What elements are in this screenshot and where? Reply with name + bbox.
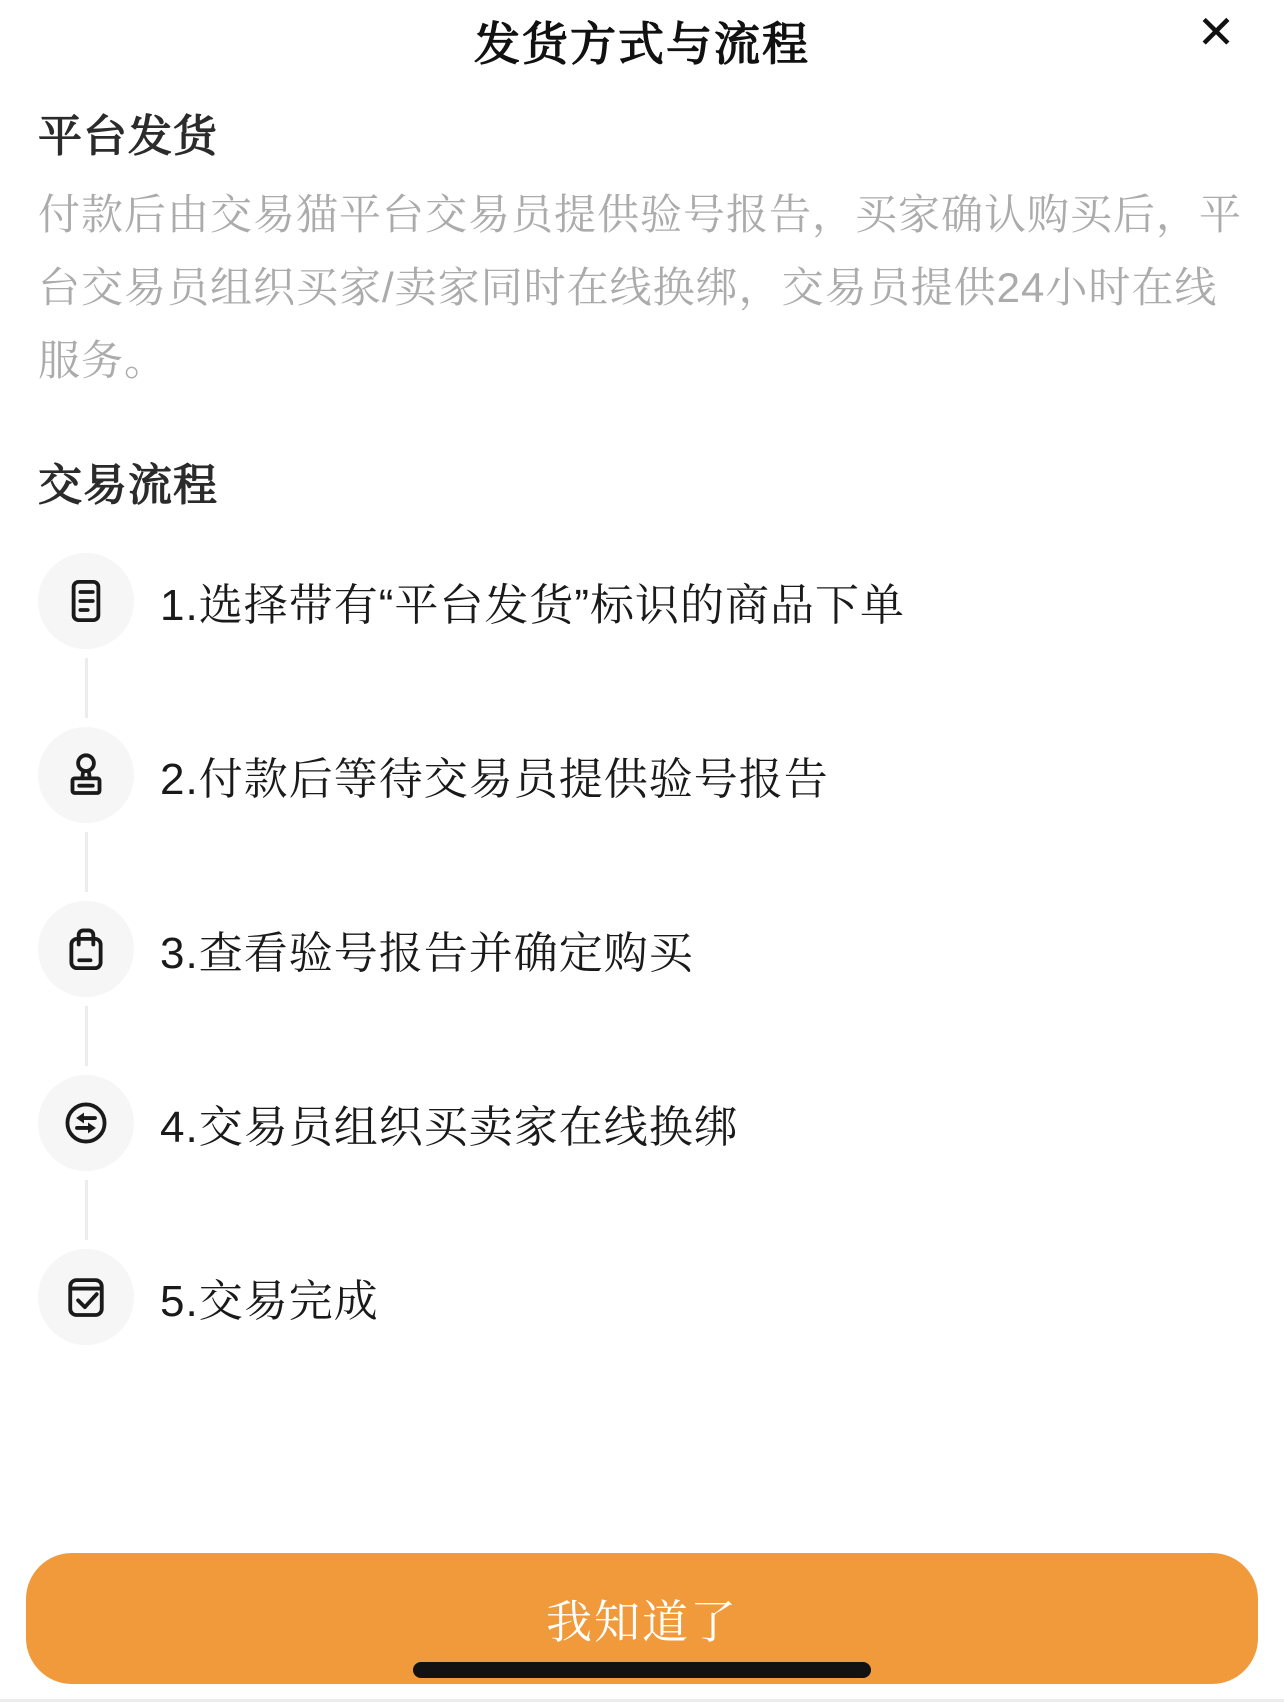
step-connector	[85, 658, 88, 718]
close-button[interactable]: ✕	[1184, 0, 1248, 64]
document-icon	[59, 574, 113, 628]
page-title: 发货方式与流程	[0, 8, 1284, 74]
modal-content: 平台发货 付款后由交易猫平台交易员提供验号报告，买家确认购买后，平台交易员组织买…	[0, 100, 1284, 1345]
step-label: 3.查看验号报告并确定购买	[160, 917, 694, 981]
step-label: 4.交易员组织买卖家在线换绑	[160, 1091, 739, 1155]
step-5-icon-circle	[38, 1249, 134, 1345]
step-row-4: 4.交易员组织买卖家在线换绑	[38, 1075, 1246, 1171]
step-row-2: 2.付款后等待交易员提供验号报告	[38, 727, 1246, 823]
step-label: 5.交易完成	[160, 1265, 379, 1329]
transaction-process-heading: 交易流程	[38, 449, 1246, 513]
step-connector	[85, 1006, 88, 1066]
confirm-button-label: 我知道了	[546, 1586, 738, 1652]
step-2-icon-circle	[38, 727, 134, 823]
stamp-icon	[59, 748, 113, 802]
bag-icon	[59, 922, 113, 976]
step-1-icon-circle	[38, 553, 134, 649]
exchange-icon	[59, 1096, 113, 1150]
platform-shipping-description: 付款后由交易猫平台交易员提供验号报告，买家确认购买后，平台交易员组织买家/卖家同…	[38, 178, 1246, 397]
close-icon: ✕	[1197, 9, 1236, 55]
step-connector	[85, 1180, 88, 1240]
step-label: 1.选择带有“平台发货”标识的商品下单	[160, 569, 905, 633]
step-4-icon-circle	[38, 1075, 134, 1171]
step-row-3: 3.查看验号报告并确定购买	[38, 901, 1246, 997]
transaction-steps-list: 1.选择带有“平台发货”标识的商品下单 2.付款后等待交易员提供验号报告	[38, 553, 1246, 1345]
step-row-5: 5.交易完成	[38, 1249, 1246, 1345]
check-square-icon	[59, 1270, 113, 1324]
platform-shipping-heading: 平台发货	[38, 100, 1246, 164]
step-3-icon-circle	[38, 901, 134, 997]
step-connector	[85, 832, 88, 892]
step-row-1: 1.选择带有“平台发货”标识的商品下单	[38, 553, 1246, 649]
home-indicator-bar[interactable]	[413, 1662, 871, 1678]
step-label: 2.付款后等待交易员提供验号报告	[160, 743, 829, 807]
modal-header: 发货方式与流程 ✕	[0, 0, 1284, 66]
